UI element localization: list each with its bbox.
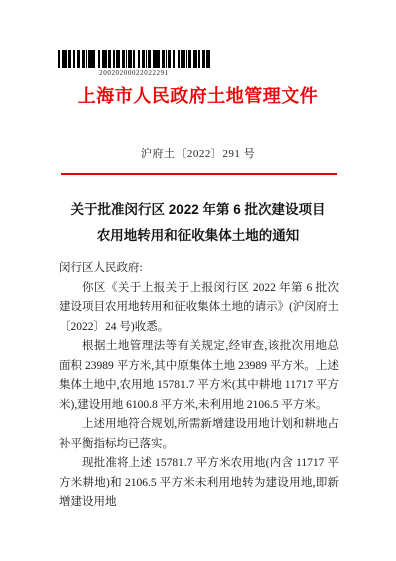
body-paragraph: 现批准将上述 15781.7 平方米农用地(内含 11717 平方米耕地)和 2… — [59, 454, 339, 513]
red-divider-line — [61, 173, 337, 175]
document-title-line2: 农用地转用和征收集体土地的通知 — [28, 223, 368, 249]
body-paragraph: 根据土地管理法等有关规定,经审查,该批次用地总面积 23989 平方米,其中原集… — [59, 337, 339, 415]
document-page: 20020200022022291 上海市人民政府土地管理文件 沪府土〔2022… — [0, 0, 396, 561]
document-title-line1: 关于批准闵行区 2022 年第 6 批次建设项目 — [28, 197, 368, 223]
body-paragraph: 你区《关于上报关于上报闵行区 2022 年第 6 批次建设项目农用地转用和征收集… — [59, 279, 339, 338]
document-reference-number: 沪府土〔2022〕291 号 — [0, 145, 396, 161]
body-paragraph: 上述用地符合规划,所需新增建设用地计划和耕地占补平衡指标均已落实。 — [59, 415, 339, 454]
document-body: 闵行区人民政府: 你区《关于上报关于上报闵行区 2022 年第 6 批次建设项目… — [59, 259, 339, 513]
salutation: 闵行区人民政府: — [59, 259, 339, 279]
barcode-number: 20020200022022291 — [58, 69, 210, 77]
barcode-icon — [58, 50, 210, 68]
barcode-block: 20020200022022291 — [58, 50, 210, 77]
masthead-title: 上海市人民政府土地管理文件 — [0, 82, 396, 108]
document-title: 关于批准闵行区 2022 年第 6 批次建设项目 农用地转用和征收集体土地的通知 — [28, 197, 368, 249]
